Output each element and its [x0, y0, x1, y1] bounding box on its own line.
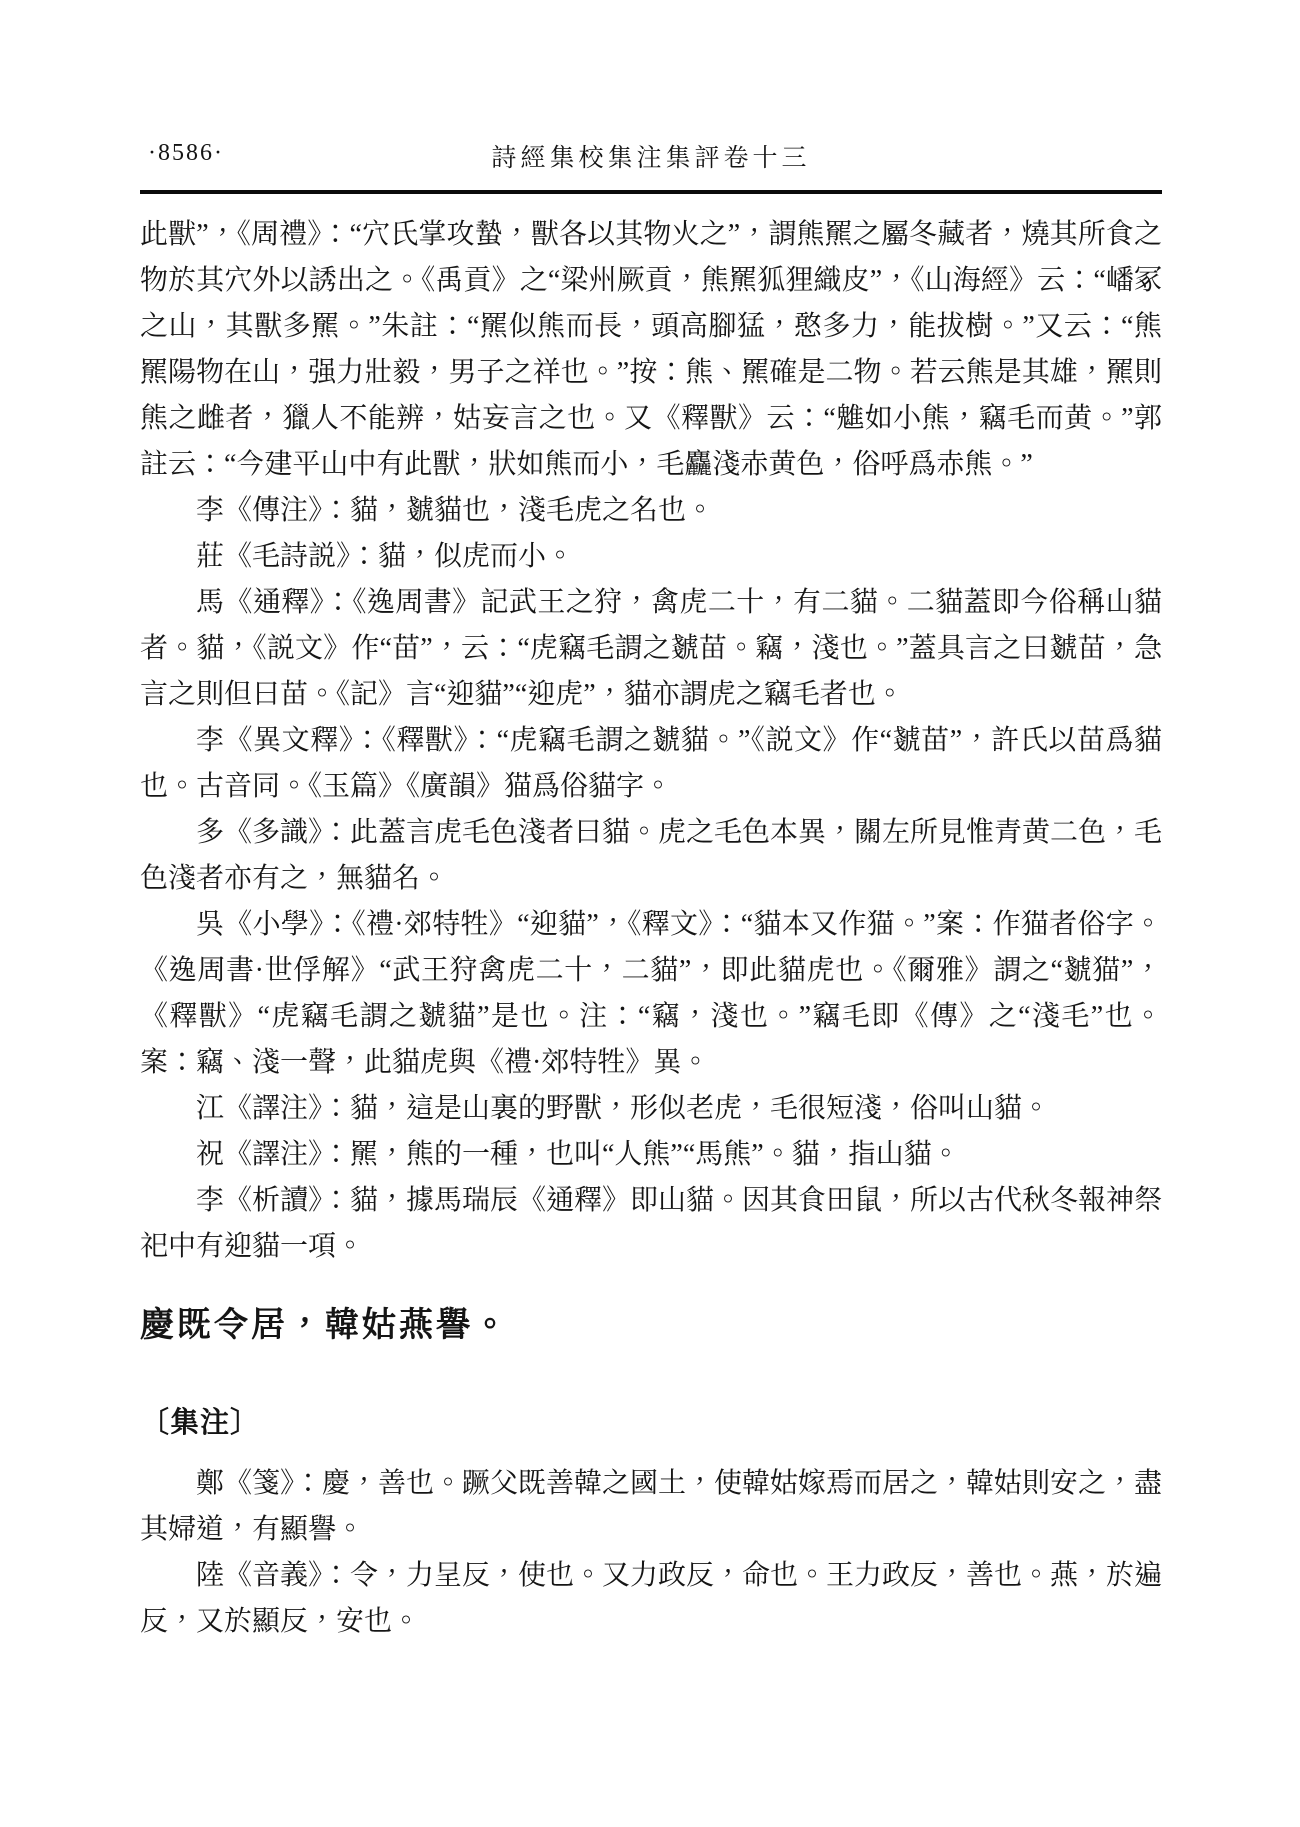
commentary-paragraph: 李《傳注》：貓，虦貓也，淺毛虎之名也。: [140, 488, 1162, 534]
jizhu-paragraph: 鄭《箋》：慶，善也。蹶父既善韓之國土，使韓姑嫁焉而居之，韓姑則安之，盡其婦道，有…: [140, 1461, 1162, 1553]
section-label-jizhu: 〔集注〕: [140, 1400, 1162, 1441]
commentary-paragraph: 馬《通釋》：《逸周書》記武王之狩，禽虎二十，有二貓。二貓蓋即今俗稱山貓者。貓，《…: [140, 580, 1162, 718]
commentary-paragraph: 吳《小學》：《禮·郊特牲》“迎貓”，《釋文》：“貓本又作猫。”案：作猫者俗字。《…: [140, 902, 1162, 1086]
commentary-paragraph: 祝《譯注》：羆，熊的一種，也叫“人熊”“馬熊”。貓，指山貓。: [140, 1132, 1162, 1178]
commentary-paragraph: 李《析讀》：貓，據馬瑞辰《通釋》即山貓。因其食田鼠，所以古代秋冬報神祭祀中有迎貓…: [140, 1178, 1162, 1270]
commentary-paragraph: 莊《毛詩説》：貓，似虎而小。: [140, 534, 1162, 580]
commentary-paragraph: 江《譯注》：貓，這是山裏的野獸，形似老虎，毛很短淺，俗叫山貓。: [140, 1086, 1162, 1132]
commentary-paragraph: 李《異文釋》：《釋獸》：“虎竊毛謂之虦貓。”《説文》作“虦苗”，許氏以苗爲貓也。…: [140, 718, 1162, 810]
header-rule: [140, 190, 1162, 194]
commentary-paragraph: 此獸”，《周禮》：“穴氏掌攻蟄，獸各以其物火之”，謂熊羆之屬冬藏者，燒其所食之物…: [140, 212, 1162, 488]
commentary-paragraph: 多《多識》：此蓋言虎毛色淺者曰貓。虎之毛色本異，關左所見惟青黄二色，毛色淺者亦有…: [140, 810, 1162, 902]
jizhu-block: 鄭《箋》：慶，善也。蹶父既善韓之國土，使韓姑嫁焉而居之，韓姑則安之，盡其婦道，有…: [140, 1461, 1162, 1645]
commentary-block: 此獸”，《周禮》：“穴氏掌攻蟄，獸各以其物火之”，謂熊羆之屬冬藏者，燒其所食之物…: [140, 212, 1162, 1270]
jizhu-paragraph: 陸《音義》：令，力呈反，使也。又力政反，命也。王力政反，善也。燕，於遍反，又於顯…: [140, 1553, 1162, 1645]
verse-heading: 慶既令居，韓姑燕譽。: [140, 1304, 1162, 1348]
book-page: ·8586· 詩經集校集注集評卷十三 此獸”，《周禮》：“穴氏掌攻蟄，獸各以其物…: [0, 0, 1300, 1827]
running-title: 詩經集校集注集評卷十三: [491, 138, 810, 174]
page-number: ·8586·: [148, 140, 224, 167]
page-content: ·8586· 詩經集校集注集評卷十三 此獸”，《周禮》：“穴氏掌攻蟄，獸各以其物…: [140, 136, 1162, 1645]
page-header: ·8586· 詩經集校集注集評卷十三: [140, 136, 1162, 174]
